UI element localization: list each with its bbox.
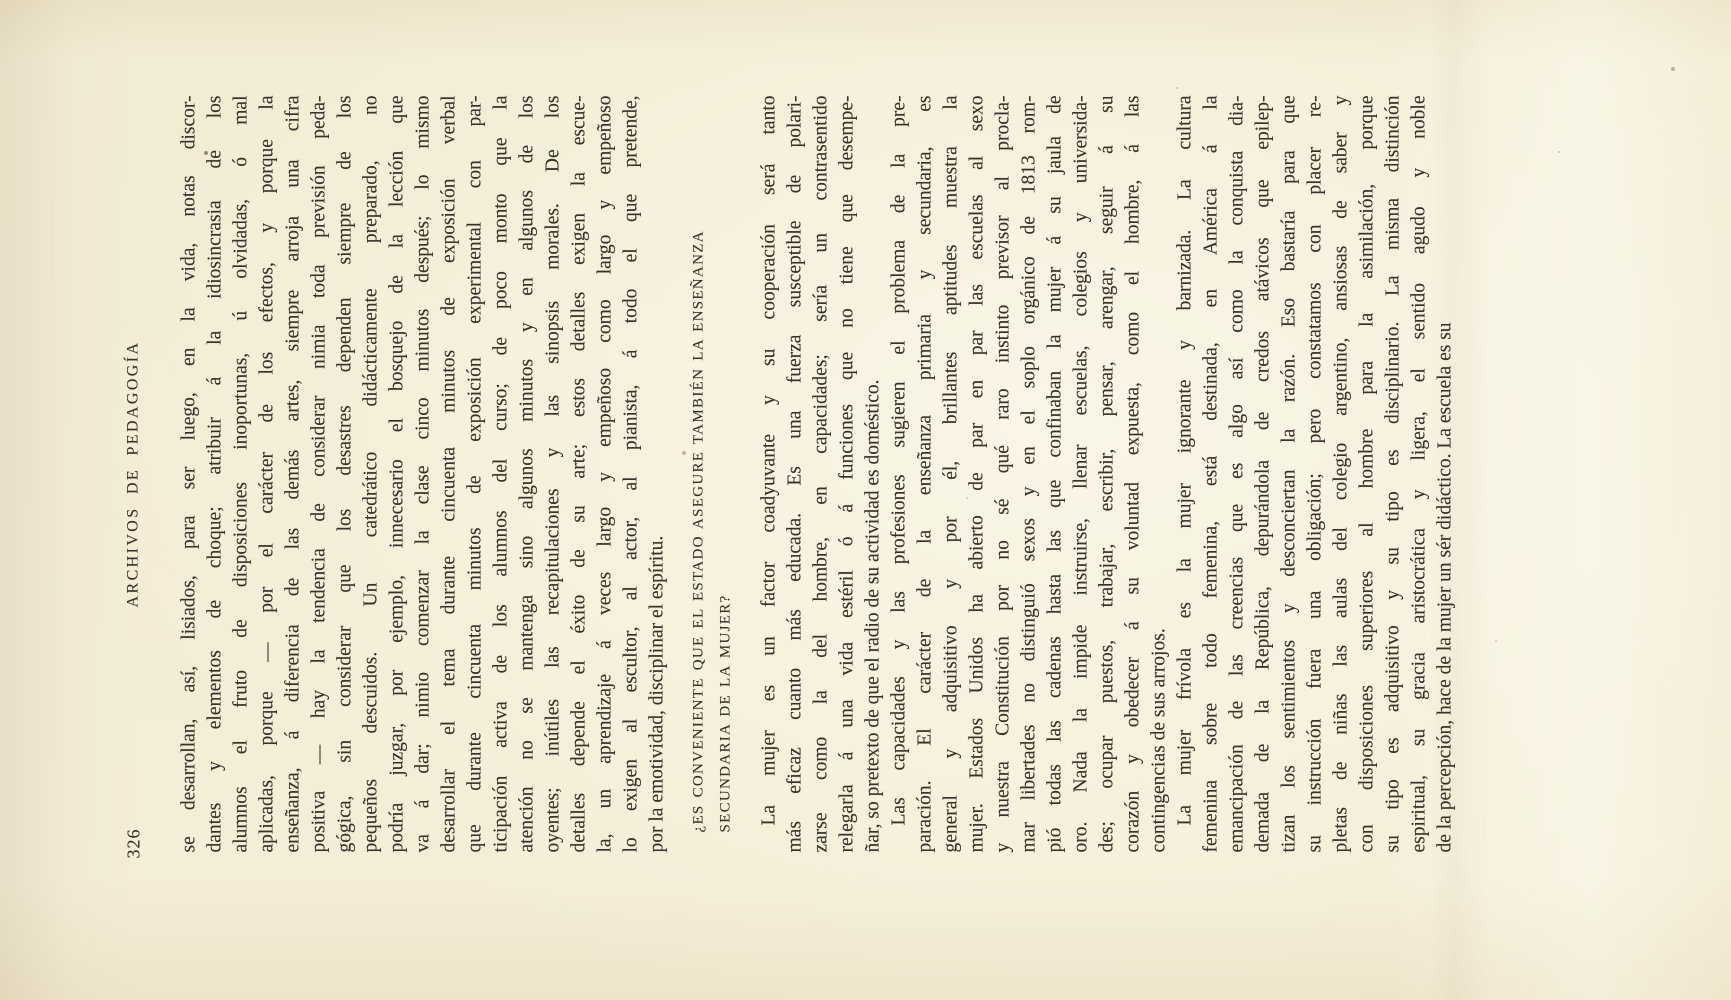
text-line: ñar, so pretexto de que el radio de su a… <box>860 95 886 852</box>
text-line: se desarrollan, así, lisiados, para ser … <box>176 95 202 852</box>
page-header: 326 ARCHIVOS DE PEDAGOGÍA <box>118 95 148 852</box>
page-number: 326 <box>118 828 148 858</box>
text-line: relegarla á una vida estéril ó á funcion… <box>834 95 860 852</box>
heading-line: SECUNDARIA DE LA MUJER? <box>712 95 739 832</box>
text-line: demada de la República, depurándola de c… <box>1250 95 1276 852</box>
text-line: que durante cincuenta minutos de exposic… <box>462 95 488 852</box>
book-page-rotated: 326 ARCHIVOS DE PEDAGOGÍA se desarrollan… <box>0 0 1731 1000</box>
text-line: Las capacidades y las profesiones sugier… <box>886 95 912 852</box>
text-line: mujer. Estados Unidos ha abierto de par … <box>964 95 990 852</box>
text-line: alumnos el fruto de disposiciones inopor… <box>228 95 254 852</box>
text-line: de la percepción, hace de la mujer un sé… <box>1432 95 1458 852</box>
text-line: su tipo es adquisitivo y su tipo es disc… <box>1380 95 1406 852</box>
text-line: pió todas las cadenas hasta las que conf… <box>1042 95 1068 852</box>
text-line: femenina sobre todo femenina, está desti… <box>1198 95 1224 852</box>
text-line: La mujer es un factor coadyuvante y su c… <box>756 95 782 852</box>
text-line: desarrollar el tema durante cincuenta mi… <box>436 95 462 852</box>
text-line: positiva — hay la tendencia de considera… <box>306 95 332 852</box>
text-line: gógica, sin considerar que los desastres… <box>332 95 358 852</box>
text-line: lo exigen al escultor, al actor, al pian… <box>618 95 644 852</box>
heading-line: ¿ES CONVENIENTE QUE EL ESTADO ASEGURE TA… <box>685 95 712 832</box>
text-line: pletas de niñas las aulas del colegio ar… <box>1328 95 1354 852</box>
running-header: ARCHIVOS DE PEDAGOGÍA <box>118 95 148 852</box>
text-line: oro. Nada la impide instruirse, llenar e… <box>1068 95 1094 852</box>
text-line: contingencias de sus arrojos. <box>1146 95 1172 852</box>
text-line: va á dar; nimio comenzar la clase cinco … <box>410 95 436 852</box>
text-line: la, un aprendizaje á veces largo y empeñ… <box>592 95 618 852</box>
text-line: zarse como la del hombre, en capacidades… <box>808 95 834 852</box>
text-line: espiritual, su gracia aristocrática y li… <box>1406 95 1432 852</box>
scanned-book-page: 326 ARCHIVOS DE PEDAGOGÍA se desarrollan… <box>0 0 1731 1000</box>
text-line: con disposiciones superiores al hombre p… <box>1354 95 1380 852</box>
text-line: tizan los sentimientos y desconciertan l… <box>1276 95 1302 852</box>
paragraph: se desarrollan, así, lisiados, para ser … <box>176 95 670 852</box>
text-line: enseñanza, á diferencia de las demás art… <box>280 95 306 852</box>
text-line: paración. El carácter de la enseñanza pr… <box>912 95 938 852</box>
text-line: detalles depende el éxito de su arte; es… <box>566 95 592 852</box>
text-line: pequeños descuidos. Un catedrático didác… <box>358 95 384 852</box>
text-line: por la emotividad, disciplinar el espíri… <box>644 95 670 852</box>
text-line: atención no se mantenga sino algunos min… <box>514 95 540 852</box>
text-line: ticipación activa de los alumnos del cur… <box>488 95 514 852</box>
paragraph: La mujer frívola es la mujer ignorante y… <box>1172 95 1458 852</box>
text-line: podría juzgar, por ejemplo, innecesario … <box>384 95 410 852</box>
paragraph: La mujer es un factor coadyuvante y su c… <box>756 95 886 852</box>
text-line: des; ocupar puestos, trabajar, escribir,… <box>1094 95 1120 852</box>
text-line: y nuestra Constitución por no sé qué rar… <box>990 95 1016 852</box>
text-line: La mujer frívola es la mujer ignorante y… <box>1172 95 1198 852</box>
section-heading: ¿ES CONVENIENTE QUE EL ESTADO ASEGURE TA… <box>685 95 739 852</box>
page-body: se desarrollan, así, lisiados, para ser … <box>176 95 1458 852</box>
text-line: general y adquisitivo y por él, brillant… <box>938 95 964 852</box>
text-line: corazón y obedecer á su voluntad expuest… <box>1120 95 1146 852</box>
text-line: oyentes; inútiles las recapitulaciones y… <box>540 95 566 852</box>
text-line: más eficaz cuanto más educada. Es una fu… <box>782 95 808 852</box>
text-line: emancipación de las creencias que es alg… <box>1224 95 1250 852</box>
text-line: mar libertades no distinguió sexos y en … <box>1016 95 1042 852</box>
text-line: aplicadas, porque — por el carácter de l… <box>254 95 280 852</box>
text-line: su instrucción fuera una obligación; per… <box>1302 95 1328 852</box>
paragraph: Las capacidades y las profesiones sugier… <box>886 95 1172 852</box>
text-line: dantes y elementos de choque; atribuir á… <box>202 95 228 852</box>
